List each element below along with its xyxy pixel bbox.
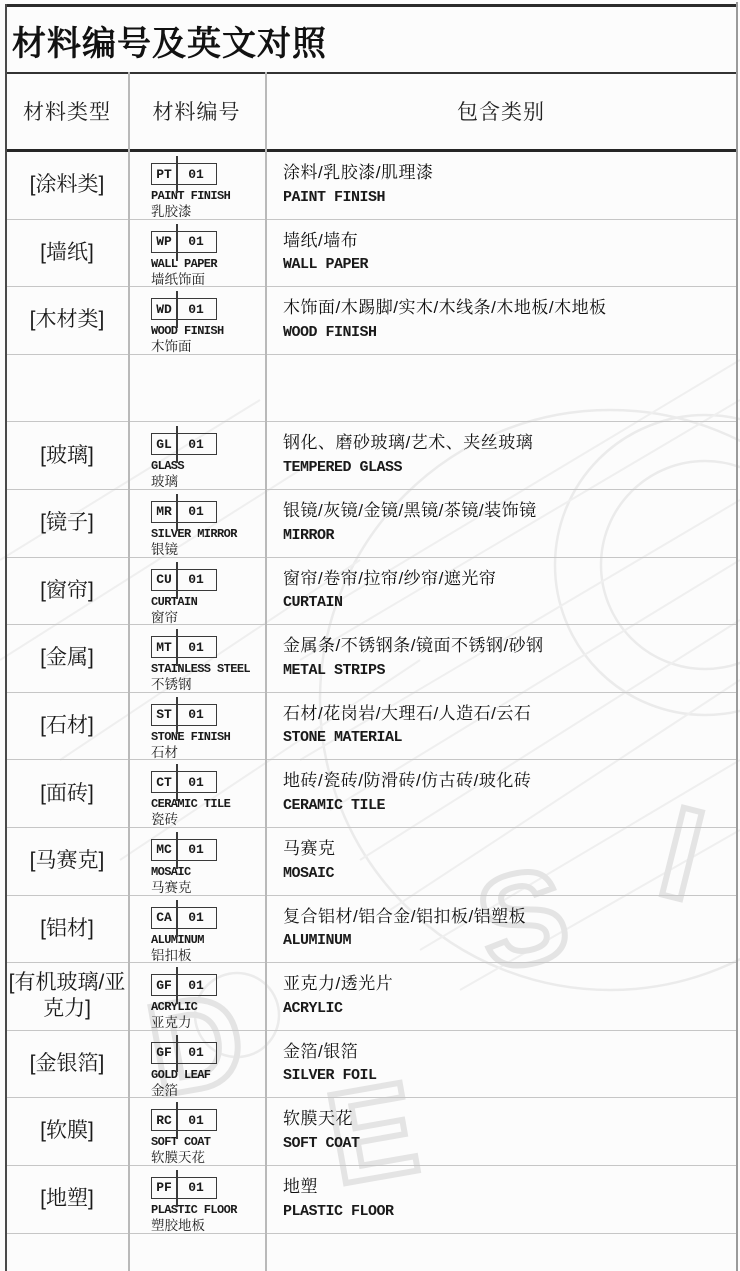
table-row: [铝材] CA 01 ALUMINUM 铝扣板 复合铝材/铝合金/铝扣板/铝塑板… bbox=[6, 896, 737, 964]
material-type-cell: [石材] bbox=[6, 693, 128, 760]
material-type-cell: [软膜] bbox=[6, 1098, 128, 1165]
code-name-en: ACRYLIC bbox=[151, 1000, 265, 1014]
categories-cell: 窗帘/卷帘/拉帘/纱帘/遮光帘 CURTAIN bbox=[265, 558, 737, 625]
code-number: 01 bbox=[176, 434, 216, 454]
table-body: [涂料类] PT 01 PAINT FINISH 乳胶漆 涂料/乳胶漆/肌理漆 … bbox=[6, 152, 737, 1271]
code-number: 01 bbox=[176, 840, 216, 860]
code-number: 01 bbox=[176, 164, 216, 184]
table-row: [地塑] PF 01 PLASTIC FLOOR 塑胶地板 地塑 PLASTIC… bbox=[6, 1166, 737, 1234]
code-divider-tick bbox=[176, 764, 178, 801]
code-name-cn: 墙纸饰面 bbox=[151, 271, 265, 289]
categories-cn: 亚克力/透光片 bbox=[283, 972, 731, 997]
material-code-cell: MT 01 STAINLESS STEEL 不锈钢 bbox=[128, 625, 265, 692]
column-divider-1 bbox=[128, 72, 130, 1271]
material-legend-page: S I D E 材料编号及英文对照 材料类型 材料编号 包含类别 [涂料类] P… bbox=[0, 0, 740, 1271]
material-code-cell: GF 01 GOLD LEAF 金箔 bbox=[128, 1031, 265, 1098]
material-code-symbol: GL 01 bbox=[151, 433, 217, 455]
code-divider-tick bbox=[176, 697, 178, 734]
code-prefix: GF bbox=[152, 1043, 176, 1063]
material-type-cell: [镜子] bbox=[6, 490, 128, 557]
categories-en: PLASTIC FLOOR bbox=[283, 1203, 731, 1220]
categories-cell: 石材/花岗岩/大理石/人造石/云石 STONE MATERIAL bbox=[265, 693, 737, 760]
code-prefix: WP bbox=[152, 232, 176, 252]
material-code-symbol: MT 01 bbox=[151, 636, 217, 658]
material-code-symbol: MR 01 bbox=[151, 501, 217, 523]
categories-cn: 木饰面/木踢脚/实木/木线条/木地板/木地板 bbox=[283, 296, 731, 321]
categories-cn: 银镜/灰镜/金镜/黑镜/茶镜/装饰镜 bbox=[283, 499, 731, 524]
material-code-symbol: CU 01 bbox=[151, 569, 217, 591]
table-row: [玻璃] GL 01 GLASS 玻璃 钢化、磨砂玻璃/艺术、夹丝玻璃 TEMP… bbox=[6, 422, 737, 490]
categories-cn: 软膜天花 bbox=[283, 1107, 731, 1132]
material-code-cell: PT 01 PAINT FINISH 乳胶漆 bbox=[128, 152, 265, 219]
material-code-cell: CU 01 CURTAIN 窗帘 bbox=[128, 558, 265, 625]
code-number: 01 bbox=[176, 502, 216, 522]
categories-cn: 钢化、磨砂玻璃/艺术、夹丝玻璃 bbox=[283, 431, 731, 456]
material-code-cell: RC 01 SOFT COAT 软膜天花 bbox=[128, 1098, 265, 1165]
categories-cell: 墙纸/墙布 WALL PAPER bbox=[265, 220, 737, 287]
material-type-cell: [窗帘] bbox=[6, 558, 128, 625]
categories-en: CURTAIN bbox=[283, 594, 731, 611]
categories-cell: 马赛克 MOSAIC bbox=[265, 828, 737, 895]
code-name-cn: 瓷砖 bbox=[151, 811, 265, 829]
code-name-en: CURTAIN bbox=[151, 595, 265, 609]
material-code-cell: WP 01 WALL PAPER 墙纸饰面 bbox=[128, 220, 265, 287]
material-code-symbol: WP 01 bbox=[151, 231, 217, 253]
code-prefix: GL bbox=[152, 434, 176, 454]
categories-en: ALUMINUM bbox=[283, 932, 731, 949]
material-code-cell: CA 01 ALUMINUM 铝扣板 bbox=[128, 896, 265, 963]
material-code-cell: MR 01 SILVER MIRROR 银镜 bbox=[128, 490, 265, 557]
code-number: 01 bbox=[176, 637, 216, 657]
categories-cn: 金箔/银箔 bbox=[283, 1040, 731, 1065]
categories-en: ACRYLIC bbox=[283, 1000, 731, 1017]
categories-cell: 地塑 PLASTIC FLOOR bbox=[265, 1166, 737, 1233]
code-prefix: CT bbox=[152, 772, 176, 792]
material-type-cell: [玻璃] bbox=[6, 422, 128, 489]
header-separator bbox=[5, 149, 738, 152]
categories-cn: 马赛克 bbox=[283, 837, 731, 862]
code-name-en: WALL PAPER bbox=[151, 257, 265, 271]
code-name-en: WOOD FINISH bbox=[151, 324, 265, 338]
code-name-cn: 木饰面 bbox=[151, 338, 265, 356]
table-row: [涂料类] PT 01 PAINT FINISH 乳胶漆 涂料/乳胶漆/肌理漆 … bbox=[6, 152, 737, 220]
categories-cn: 地砖/瓷砖/防滑砖/仿古砖/玻化砖 bbox=[283, 769, 731, 794]
code-number: 01 bbox=[176, 908, 216, 928]
code-name-en: GOLD LEAF bbox=[151, 1068, 265, 1082]
categories-cell: 金箔/银箔 SILVER FOIL bbox=[265, 1031, 737, 1098]
material-code-symbol: CA 01 bbox=[151, 907, 217, 929]
material-code-cell: GL 01 GLASS 玻璃 bbox=[128, 422, 265, 489]
code-name-cn: 铝扣板 bbox=[151, 947, 265, 965]
code-name-en: ALUMINUM bbox=[151, 933, 265, 947]
categories-cn: 窗帘/卷帘/拉帘/纱帘/遮光帘 bbox=[283, 567, 731, 592]
top-border bbox=[5, 4, 738, 7]
code-name-cn: 乳胶漆 bbox=[151, 203, 265, 221]
material-code-symbol: RC 01 bbox=[151, 1109, 217, 1131]
table-row: [金银箔] GF 01 GOLD LEAF 金箔 金箔/银箔 SILVER FO… bbox=[6, 1031, 737, 1099]
code-divider-tick bbox=[176, 291, 178, 328]
code-divider-tick bbox=[176, 494, 178, 531]
material-type-cell: [墙纸] bbox=[6, 220, 128, 287]
code-divider-tick bbox=[176, 629, 178, 666]
material-code-symbol: CT 01 bbox=[151, 771, 217, 793]
code-name-cn: 软膜天花 bbox=[151, 1149, 265, 1167]
categories-cell: 银镜/灰镜/金镜/黑镜/茶镜/装饰镜 MIRROR bbox=[265, 490, 737, 557]
page-title: 材料编号及英文对照 bbox=[6, 22, 726, 68]
title-separator bbox=[5, 72, 738, 74]
code-divider-tick bbox=[176, 1035, 178, 1072]
code-name-cn: 玻璃 bbox=[151, 473, 265, 491]
categories-en: TEMPERED GLASS bbox=[283, 459, 731, 476]
categories-en: SOFT COAT bbox=[283, 1135, 731, 1152]
material-type-cell: [金属] bbox=[6, 625, 128, 692]
categories-cell: 软膜天花 SOFT COAT bbox=[265, 1098, 737, 1165]
code-number: 01 bbox=[176, 232, 216, 252]
code-name-en: SILVER MIRROR bbox=[151, 527, 265, 541]
categories-cell: 涂料/乳胶漆/肌理漆 PAINT FINISH bbox=[265, 152, 737, 219]
header-material-type: 材料类型 bbox=[6, 96, 128, 126]
material-code-symbol: WD 01 bbox=[151, 298, 217, 320]
categories-en: STONE MATERIAL bbox=[283, 729, 731, 746]
header-included-categories: 包含类别 bbox=[265, 96, 737, 126]
code-divider-tick bbox=[176, 426, 178, 463]
code-divider-tick bbox=[176, 1102, 178, 1139]
column-divider-2 bbox=[265, 72, 267, 1271]
code-name-en: PAINT FINISH bbox=[151, 189, 265, 203]
code-prefix: PT bbox=[152, 164, 176, 184]
code-prefix: RC bbox=[152, 1110, 176, 1130]
code-name-en: STONE FINISH bbox=[151, 730, 265, 744]
code-name-cn: 窗帘 bbox=[151, 609, 265, 627]
code-prefix: CU bbox=[152, 570, 176, 590]
categories-cn: 涂料/乳胶漆/肌理漆 bbox=[283, 161, 731, 186]
code-divider-tick bbox=[176, 156, 178, 193]
title-row: 材料编号及英文对照 bbox=[6, 22, 726, 72]
categories-cell: 木饰面/木踢脚/实木/木线条/木地板/木地板 WOOD FINISH bbox=[265, 287, 737, 354]
material-type-cell: [有机玻璃/亚克力] bbox=[6, 963, 128, 1030]
material-code-cell: GF 01 ACRYLIC 亚克力 bbox=[128, 963, 265, 1030]
categories-cn: 石材/花岗岩/大理石/人造石/云石 bbox=[283, 702, 731, 727]
table-row: [有机玻璃/亚克力] GF 01 ACRYLIC 亚克力 亚克力/透光片 ACR… bbox=[6, 963, 737, 1031]
code-prefix: ST bbox=[152, 705, 176, 725]
code-name-cn: 马赛克 bbox=[151, 879, 265, 897]
material-code-symbol: GF 01 bbox=[151, 1042, 217, 1064]
code-name-en: MOSAIC bbox=[151, 865, 265, 879]
code-number: 01 bbox=[176, 299, 216, 319]
material-code-cell: PF 01 PLASTIC FLOOR 塑胶地板 bbox=[128, 1166, 265, 1233]
table-row: [木材类] WD 01 WOOD FINISH 木饰面 木饰面/木踢脚/实木/木… bbox=[6, 287, 737, 355]
table-row: [镜子] MR 01 SILVER MIRROR 银镜 银镜/灰镜/金镜/黑镜/… bbox=[6, 490, 737, 558]
material-type-cell: [金银箔] bbox=[6, 1031, 128, 1098]
code-prefix: CA bbox=[152, 908, 176, 928]
code-divider-tick bbox=[176, 1170, 178, 1207]
code-number: 01 bbox=[176, 975, 216, 995]
code-divider-tick bbox=[176, 832, 178, 869]
code-name-en: SOFT COAT bbox=[151, 1135, 265, 1149]
table-row: [马赛克] MC 01 MOSAIC 马赛克 马赛克 MOSAIC bbox=[6, 828, 737, 896]
categories-cell: 地砖/瓷砖/防滑砖/仿古砖/玻化砖 CERAMIC TILE bbox=[265, 760, 737, 827]
material-code-symbol: MC 01 bbox=[151, 839, 217, 861]
categories-en: SILVER FOIL bbox=[283, 1067, 731, 1084]
code-prefix: PF bbox=[152, 1178, 176, 1198]
code-prefix: MR bbox=[152, 502, 176, 522]
code-name-cn: 金箔 bbox=[151, 1082, 265, 1100]
left-border bbox=[5, 4, 7, 1271]
table-row: [面砖] CT 01 CERAMIC TILE 瓷砖 地砖/瓷砖/防滑砖/仿古砖… bbox=[6, 760, 737, 828]
code-prefix: WD bbox=[152, 299, 176, 319]
categories-en: PAINT FINISH bbox=[283, 189, 731, 206]
code-name-cn: 亚克力 bbox=[151, 1014, 265, 1032]
categories-cell: 金属条/不锈钢条/镜面不锈钢/砂钢 METAL STRIPS bbox=[265, 625, 737, 692]
code-number: 01 bbox=[176, 1178, 216, 1198]
material-code-cell: CT 01 CERAMIC TILE 瓷砖 bbox=[128, 760, 265, 827]
code-name-en: CERAMIC TILE bbox=[151, 797, 265, 811]
code-number: 01 bbox=[176, 705, 216, 725]
table-row: [石材] ST 01 STONE FINISH 石材 石材/花岗岩/大理石/人造… bbox=[6, 693, 737, 761]
code-name-cn: 石材 bbox=[151, 744, 265, 762]
code-divider-tick bbox=[176, 900, 178, 937]
categories-cell: 钢化、磨砂玻璃/艺术、夹丝玻璃 TEMPERED GLASS bbox=[265, 422, 737, 489]
material-code-symbol: GF 01 bbox=[151, 974, 217, 996]
code-divider-tick bbox=[176, 967, 178, 1004]
categories-en: MOSAIC bbox=[283, 865, 731, 882]
code-name-cn: 银镜 bbox=[151, 541, 265, 559]
code-name-cn: 塑胶地板 bbox=[151, 1217, 265, 1235]
code-name-en: STAINLESS STEEL bbox=[151, 662, 265, 676]
categories-en: WOOD FINISH bbox=[283, 324, 731, 341]
categories-en: WALL PAPER bbox=[283, 256, 731, 273]
material-type-cell: [面砖] bbox=[6, 760, 128, 827]
categories-cell: 复合铝材/铝合金/铝扣板/铝塑板 ALUMINUM bbox=[265, 896, 737, 963]
categories-en: MIRROR bbox=[283, 527, 731, 544]
categories-en: CERAMIC TILE bbox=[283, 797, 731, 814]
code-prefix: MT bbox=[152, 637, 176, 657]
code-number: 01 bbox=[176, 1110, 216, 1130]
header-material-code: 材料编号 bbox=[128, 96, 265, 126]
table-row: [窗帘] CU 01 CURTAIN 窗帘 窗帘/卷帘/拉帘/纱帘/遮光帘 CU… bbox=[6, 558, 737, 626]
material-code-cell: WD 01 WOOD FINISH 木饰面 bbox=[128, 287, 265, 354]
material-type-cell: [铝材] bbox=[6, 896, 128, 963]
categories-cell: 亚克力/透光片 ACRYLIC bbox=[265, 963, 737, 1030]
material-code-symbol: ST 01 bbox=[151, 704, 217, 726]
categories-cn: 复合铝材/铝合金/铝扣板/铝塑板 bbox=[283, 905, 731, 930]
categories-en: METAL STRIPS bbox=[283, 662, 731, 679]
code-divider-tick bbox=[176, 562, 178, 599]
table-row-empty bbox=[6, 1234, 737, 1271]
categories-cn: 地塑 bbox=[283, 1175, 731, 1200]
right-border bbox=[736, 2, 738, 1271]
code-prefix: MC bbox=[152, 840, 176, 860]
material-type-cell: [涂料类] bbox=[6, 152, 128, 219]
table-header-row: 材料类型 材料编号 包含类别 bbox=[6, 72, 737, 149]
code-name-en: GLASS bbox=[151, 459, 265, 473]
material-code-cell: MC 01 MOSAIC 马赛克 bbox=[128, 828, 265, 895]
material-code-symbol: PT 01 bbox=[151, 163, 217, 185]
categories-cn: 墙纸/墙布 bbox=[283, 229, 731, 254]
code-name-cn: 不锈钢 bbox=[151, 676, 265, 694]
code-divider-tick bbox=[176, 224, 178, 261]
code-name-en: PLASTIC FLOOR bbox=[151, 1203, 265, 1217]
code-number: 01 bbox=[176, 1043, 216, 1063]
table-row: [金属] MT 01 STAINLESS STEEL 不锈钢 金属条/不锈钢条/… bbox=[6, 625, 737, 693]
table-row: [墙纸] WP 01 WALL PAPER 墙纸饰面 墙纸/墙布 WALL PA… bbox=[6, 220, 737, 288]
material-code-cell: ST 01 STONE FINISH 石材 bbox=[128, 693, 265, 760]
code-number: 01 bbox=[176, 570, 216, 590]
material-type-cell: [地塑] bbox=[6, 1166, 128, 1233]
categories-cn: 金属条/不锈钢条/镜面不锈钢/砂钢 bbox=[283, 634, 731, 659]
material-type-cell: [木材类] bbox=[6, 287, 128, 354]
table-row-empty bbox=[6, 355, 737, 423]
material-type-cell: [马赛克] bbox=[6, 828, 128, 895]
code-prefix: GF bbox=[152, 975, 176, 995]
table-row: [软膜] RC 01 SOFT COAT 软膜天花 软膜天花 SOFT COAT bbox=[6, 1098, 737, 1166]
material-code-symbol: PF 01 bbox=[151, 1177, 217, 1199]
code-number: 01 bbox=[176, 772, 216, 792]
